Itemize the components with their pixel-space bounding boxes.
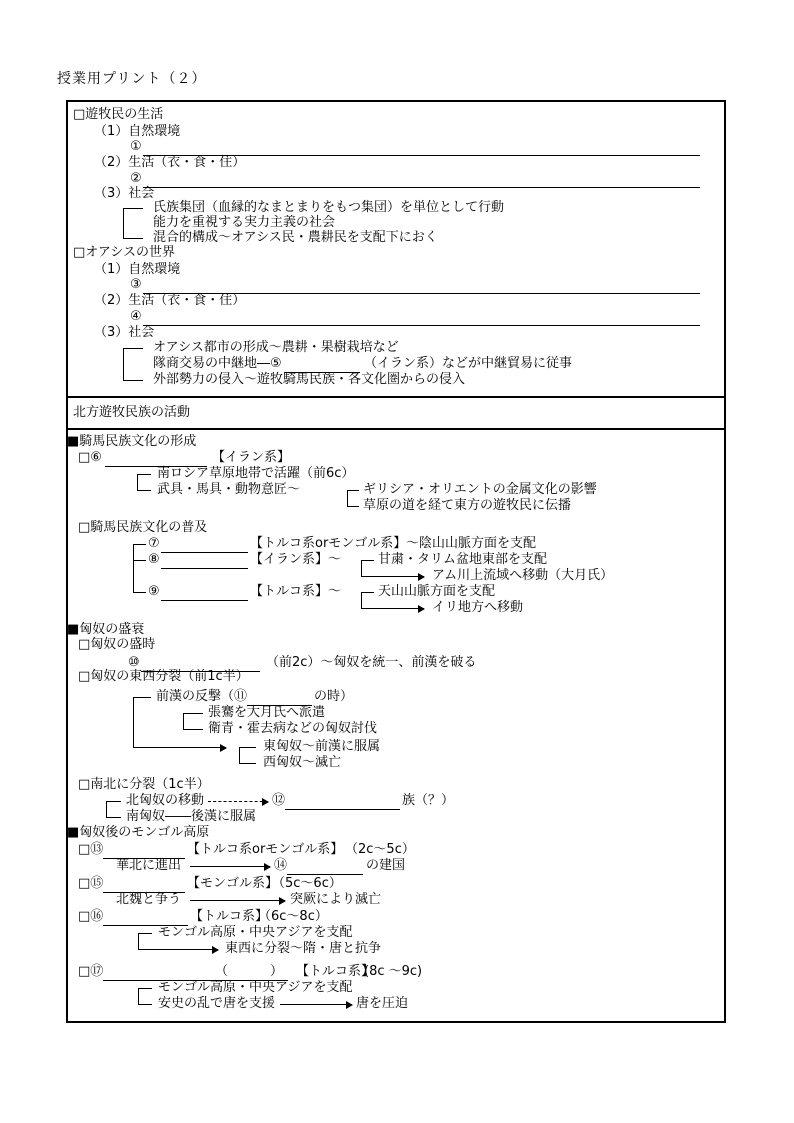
tree-line xyxy=(239,763,256,764)
blank-9-line xyxy=(161,600,248,601)
tree-line xyxy=(133,560,146,561)
arrow xyxy=(190,866,270,867)
blank-12-number: ⑫ xyxy=(272,793,285,809)
society-item: 氏族集団（血縁的なまとまりをもつ集団）を単位として行動 xyxy=(153,200,504,216)
detail-item: 北魏と争う xyxy=(116,892,181,908)
blank-1-number: ① xyxy=(130,139,142,155)
page-title: 授業用プリント（２） xyxy=(57,70,206,88)
arrow xyxy=(190,900,285,901)
tree-line xyxy=(183,713,184,729)
tree-line xyxy=(137,474,151,475)
blank-15-number: □⑮ xyxy=(78,876,103,892)
tree-line xyxy=(137,490,151,491)
ethnic-tag: 【イラン系】 xyxy=(212,450,290,466)
blank-17-paren-close: ） xyxy=(270,964,283,980)
tree-line xyxy=(123,380,143,381)
tree-line xyxy=(361,592,362,608)
detail-item: 東西に分裂～隋・唐と抗争 xyxy=(225,941,381,957)
blank-9-number: ⑨ xyxy=(148,584,160,600)
blank-3-number: ③ xyxy=(130,277,142,293)
tree-line xyxy=(133,544,146,545)
tree-line xyxy=(138,1004,152,1005)
item-label: （2）生活（衣・食・住） xyxy=(94,155,245,171)
tree-line xyxy=(133,697,134,747)
item-label: （2）生活（衣・食・住） xyxy=(94,293,245,309)
counterattack-pre: 前漢の反撃（ xyxy=(156,689,234,705)
tree-line xyxy=(123,348,124,380)
ethnic-tag: 【トルコ系orモンゴル系】 xyxy=(250,536,406,552)
tree-line xyxy=(239,747,240,763)
detail-item: 衛青・霍去病などの匈奴討伐 xyxy=(208,721,377,737)
ethnic-tag: 【イラン系】～ xyxy=(250,552,341,568)
item-label: （1）自然環境 xyxy=(94,124,180,140)
blank-2-line xyxy=(143,187,700,188)
detail-item: 安史の乱で唐を支援 xyxy=(158,996,275,1012)
tree-line xyxy=(123,208,124,238)
blank-8-line xyxy=(161,568,248,569)
blank-6-number: □⑥ xyxy=(78,450,102,466)
tree-line xyxy=(123,208,143,209)
tree-line xyxy=(106,801,107,817)
tree-line xyxy=(138,988,139,1004)
detail-item: 草原の道を経て東方の遊牧民に伝播 xyxy=(363,498,571,514)
society-item: オアシス都市の形成～農耕・果樹栽培など xyxy=(153,340,399,356)
detail-item: アム川上流域へ移動（大月氏） xyxy=(432,568,613,584)
tree-line xyxy=(106,801,121,802)
blank-2-number: ② xyxy=(130,171,142,187)
detail-item: 西匈奴～滅亡 xyxy=(263,755,341,771)
section-divider xyxy=(67,396,725,398)
tree-line xyxy=(347,490,348,506)
detail-item: モンゴル高原・中央アジアを支配 xyxy=(158,925,352,941)
tree-line xyxy=(239,747,256,748)
detail-item: 南ロシア草原地帯で活躍（前6c） xyxy=(157,466,354,482)
blank-13-number: □⑬ xyxy=(78,842,103,858)
arrow xyxy=(280,1004,352,1005)
blank-17-number: □⑰ xyxy=(78,964,103,980)
detail-item: イリ地方へ移動 xyxy=(432,600,523,616)
detail-item: 南匈奴――後漢に服属 xyxy=(126,809,256,825)
ethnic-tag: 【トルコ系】 xyxy=(296,964,374,980)
item-label: （1）自然環境 xyxy=(94,262,180,278)
tree-line xyxy=(137,474,138,490)
arrow xyxy=(138,949,218,950)
ethnic-tag: 【モンゴル系】 xyxy=(187,876,278,892)
detail-item: 唐を圧迫 xyxy=(356,996,408,1012)
era-label: （2c～5c） xyxy=(345,842,415,858)
detail-item: ～陰山山脈方面を支配 xyxy=(406,536,536,552)
society-item-blank5-post: （イラン系）などが中継貿易に従事 xyxy=(364,356,572,372)
band-heading: 北方遊牧民族の活動 xyxy=(73,405,190,421)
blank-16-number: □⑯ xyxy=(78,909,103,925)
item-label: （3）社会 xyxy=(94,325,154,341)
blank-7-line xyxy=(161,552,248,553)
detail-item: 天山山脈方面を支配 xyxy=(378,584,495,600)
era-label: （5c～6c） xyxy=(272,876,342,892)
tree-line xyxy=(133,544,134,592)
tree-line xyxy=(361,560,374,561)
ethnic-tag: 【トルコ系】 xyxy=(190,909,268,925)
blank-14-post: の建国 xyxy=(366,858,405,874)
blank-4-number: ④ xyxy=(130,309,142,325)
detail-item: 張騫を大月氏へ派遣 xyxy=(208,705,325,721)
era-label: （6c～8c） xyxy=(258,909,328,925)
detail-item: 武具・馬具・動物意匠～ xyxy=(157,482,300,498)
tree-line xyxy=(138,988,152,989)
ethnic-tag: 【トルコ系】～ xyxy=(250,584,341,600)
tree-line xyxy=(361,560,362,576)
heading-north-south-split: □南北に分裂（1c半） xyxy=(78,777,210,793)
heading-horse-culture: ■騎馬民族文化の形成 xyxy=(67,434,196,450)
tree-line xyxy=(138,933,152,934)
tree-line xyxy=(133,592,146,593)
heading-culture-spread: □騎馬民族文化の普及 xyxy=(78,520,207,536)
tree-line xyxy=(183,713,203,714)
tree-line xyxy=(106,817,121,818)
tree-line xyxy=(138,933,139,949)
counterattack-post: の時） xyxy=(314,689,353,705)
detail-item: 東匈奴～前漢に服属 xyxy=(263,739,380,755)
blank-8-number: ⑧ xyxy=(148,552,160,568)
detail-item: ギリシア・オリエントの金属文化の影響 xyxy=(363,482,597,498)
heading-xiongnu: ■匈奴の盛衰 xyxy=(67,622,144,638)
blank-11-number: ⑪ xyxy=(234,689,247,705)
blank-14-line xyxy=(287,874,363,875)
heading-after-xiongnu: ■匈奴後のモンゴル高原 xyxy=(67,825,209,841)
blank-12-line xyxy=(285,809,400,810)
detail-item: （前2c）～匈奴を統一、前漢を破る xyxy=(266,655,476,671)
arrow xyxy=(361,608,424,609)
heading-nomad-life: □遊牧民の生活 xyxy=(73,107,163,123)
detail-item: 甘粛・タリム盆地東部を支配 xyxy=(378,552,547,568)
society-item: 混合的構成～オアシス民・農耕民を支配下におく xyxy=(153,230,438,246)
tree-line xyxy=(361,592,374,593)
tree-line xyxy=(123,238,143,239)
era-label: (8c ～9c) xyxy=(364,964,422,980)
society-item-blank5-pre: 隊商交易の中継地―⑤ xyxy=(153,356,282,372)
blank-14-number: ⑭ xyxy=(274,858,287,874)
heading-east-west-split: □匈奴の東西分裂（前1c半） xyxy=(78,669,249,685)
detail-item: 北匈奴の移動 xyxy=(126,793,204,809)
arrow xyxy=(361,576,424,577)
tree-line xyxy=(347,490,359,491)
blank-17-paren-open: （ xyxy=(215,964,228,980)
heading-oasis-world: □オアシスの世界 xyxy=(73,245,175,261)
blank-4-line xyxy=(143,325,700,326)
tree-line xyxy=(133,697,151,698)
blank-7-number: ⑦ xyxy=(148,536,160,552)
detail-item: 突厥により滅亡 xyxy=(290,892,381,908)
heading-xiongnu-peak: □匈奴の盛時 xyxy=(78,637,155,653)
society-item: 外部勢力の侵入～遊牧騎馬民族・各文化圏からの侵入 xyxy=(153,372,465,388)
dashed-arrow xyxy=(208,801,268,802)
blank-12-post: 族（？） xyxy=(402,793,454,809)
worksheet-page: 授業用プリント（２） 北方遊牧民族の活動 □遊牧民の生活 （1）自然環境 ① （… xyxy=(0,0,794,1123)
tree-line xyxy=(123,348,143,349)
detail-item: モンゴル高原・中央アジアを支配 xyxy=(158,980,352,996)
tree-line xyxy=(183,729,203,730)
ethnic-tag: 【トルコ系orモンゴル系】 xyxy=(187,842,343,858)
item-label: （3）社会 xyxy=(94,186,154,202)
detail-item: 華北に進出 xyxy=(116,858,181,874)
tree-line xyxy=(347,506,359,507)
arrow xyxy=(133,747,226,748)
society-item: 能力を重視する実力主義の社会 xyxy=(153,215,335,231)
section-divider xyxy=(67,428,725,430)
